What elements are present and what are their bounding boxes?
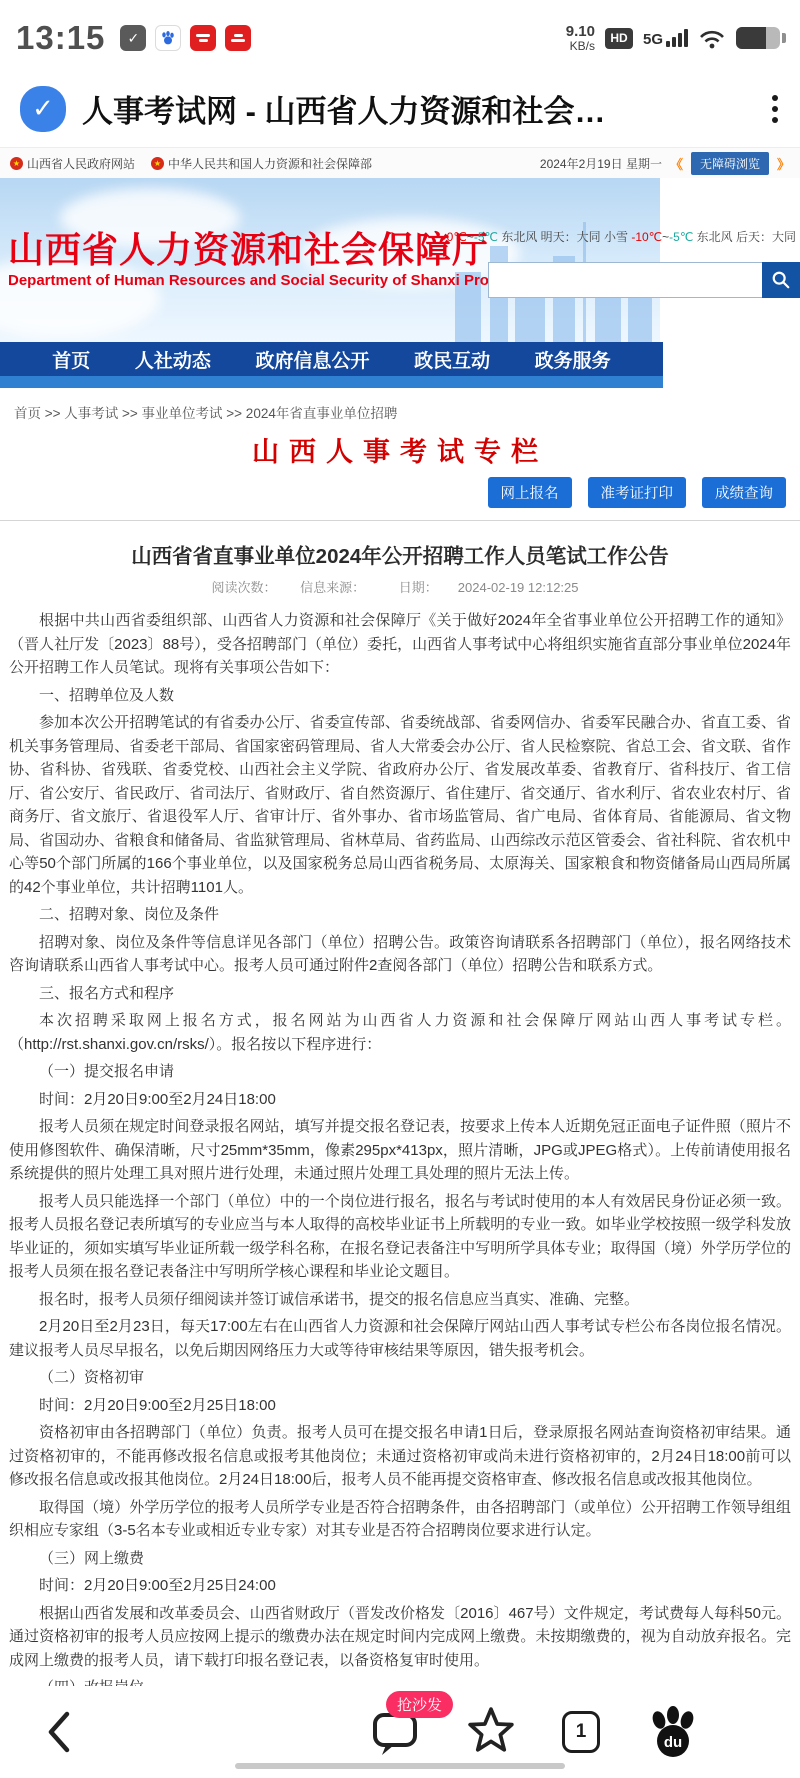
network-speed: 9.10 KB/s: [566, 24, 595, 52]
article-paragraph: 时间：2月20日9:00至2月24日18:00: [9, 1088, 791, 1112]
article-section-heading: 三、报名方式和程序: [9, 982, 791, 1006]
link-mohrss[interactable]: ★ 中华人民共和国人力资源和社会保障部: [151, 155, 372, 172]
baidu-home-button[interactable]: du: [646, 1705, 700, 1759]
weather-text: ~: [467, 230, 474, 244]
article-body: 根据中共山西省委组织部、山西省人力资源和社会保障厅《关于做好2024年全省事业单…: [0, 609, 800, 1700]
article-paragraph: 时间：2月20日9:00至2月25日18:00: [9, 1394, 791, 1418]
svg-text:du: du: [664, 1734, 682, 1751]
link-shanxi-gov[interactable]: ★ 山西省人民政府网站: [10, 155, 135, 172]
score-query-button[interactable]: 成绩查询: [702, 477, 786, 508]
network-speed-value: 9.10: [566, 24, 595, 40]
banner-title-en: Department of Human Resources and Social…: [8, 272, 527, 289]
weather-temp-high: 0℃: [447, 230, 467, 244]
article-title: 山西省省直事业单位2024年公开招聘工作人员笔试工作公告: [12, 539, 788, 569]
bracket-decoration: 《: [670, 154, 683, 173]
source-label: 信息来源：: [300, 580, 365, 595]
article-paragraph: 报考人员只能选择一个部门（单位）中的一个岗位进行报名，报名与考试时使用的本人有效…: [9, 1190, 791, 1284]
announcement-article: 山西省省直事业单位2024年公开招聘工作人员笔试工作公告 阅读次数： 信息来源：…: [0, 539, 800, 1700]
red-app-icon-1: [190, 25, 216, 51]
status-bar-right: 9.10 KB/s HD 5G: [566, 24, 786, 52]
date-label: 日期：2024-02-19 12:12:25: [389, 580, 589, 595]
browser-bottom-toolbar: 抢沙发 1 du: [0, 1686, 800, 1778]
article-section-heading: 一、招聘单位及人数: [9, 684, 791, 708]
current-date: 2024年2月19日 星期一: [540, 155, 662, 172]
date-label-text: 日期：: [399, 580, 438, 595]
wifi-icon: [698, 27, 726, 49]
tabs-button[interactable]: 1: [562, 1711, 600, 1753]
site-banner: 山西省人力资源和社会保障厅 Department of Human Resour…: [0, 178, 800, 342]
network-speed-unit: KB/s: [566, 40, 595, 53]
red-app-icon-2: [225, 25, 251, 51]
article-paragraph: 2月20日至2月23日，每天17:00左右在山西省人力资源和社会保障厅网站山西人…: [9, 1315, 791, 1362]
network-type-label: 5G: [643, 32, 663, 47]
hd-badge: HD: [605, 28, 633, 49]
phone-screen: 13:15 ✓ 9.10 KB/s HD 5G: [0, 0, 800, 1778]
screenshot-app-icon: ✓: [120, 25, 146, 51]
weather-text: 东北风 后天：大同: [693, 230, 796, 244]
publish-date: 2024-02-19 12:12:25: [458, 580, 579, 595]
nav-item-services[interactable]: 政务服务: [535, 346, 611, 373]
breadcrumb[interactable]: 首页 >> 人事考试 >> 事业单位考试 >> 2024年省直事业单位招聘: [0, 402, 800, 422]
article-paragraph: 资格初审由各招聘部门（单位）负责。报考人员可在提交报名申请1日后，登录原报名网站…: [9, 1421, 791, 1492]
article-subsection-heading: （三）网上缴费: [9, 1547, 791, 1571]
nav-item-info-disclosure[interactable]: 政府信息公开: [255, 346, 369, 373]
favorite-button[interactable]: [466, 1705, 516, 1760]
article-subsection-heading: （一）提交报名申请: [9, 1060, 791, 1084]
baidu-app-icon: [155, 25, 181, 51]
status-bar: 13:15 ✓ 9.10 KB/s HD 5G: [0, 0, 800, 70]
column-title: 山西人事考试专栏: [0, 430, 800, 469]
national-emblem-icon: ★: [151, 157, 164, 170]
article-paragraph: 取得国（境）外学历学位的报考人员所学专业是否符合招聘条件，由各招聘部门（或单位）…: [9, 1496, 791, 1543]
article-paragraph: 根据中共山西省委组织部、山西省人力资源和社会保障厅《关于做好2024年全省事业单…: [9, 609, 791, 680]
article-paragraph: 时间：2月20日9:00至2月25日24:00: [9, 1574, 791, 1598]
article-paragraph: 报名时，报考人员须仔细阅读并签订诚信承诺书，提交的报名信息应当真实、准确、完整。: [9, 1288, 791, 1312]
article-paragraph: 根据山西省发展和改革委员会、山西省财政厅（晋发改价格发〔2016〕467号）文件…: [9, 1602, 791, 1673]
nav-item-home[interactable]: 首页: [52, 346, 90, 373]
article-paragraph: 本次招聘采取网上报名方式，报名网站为山西省人力资源和社会保障厅网站山西人事考试专…: [9, 1009, 791, 1056]
section-divider: [0, 520, 800, 521]
site-verified-icon: ✓: [20, 86, 66, 132]
clock-time: 13:15: [16, 19, 105, 57]
nav-item-interaction[interactable]: 政民互动: [414, 346, 490, 373]
bracket-decoration: 》: [777, 154, 790, 173]
weather-temp-low: -5℃: [669, 230, 693, 244]
browser-title-bar: ✓ 人事考试网 - 山西省人力资源和社会…: [0, 70, 800, 148]
weather-info: 0℃~-5℃ 东北风 明天：大同 小雪 -10℃~-5℃ 东北风 后天：大同: [447, 228, 796, 245]
quick-buttons: 网上报名 准考证打印 成绩查询: [0, 477, 800, 508]
search-button[interactable]: [762, 262, 800, 298]
battery-icon: [736, 27, 786, 49]
links-bar-right: 2024年2月19日 星期一 《 无障碍浏览 》: [540, 152, 790, 175]
paw-icon: [160, 30, 176, 46]
weather-text: 东北风 明天：大同 小雪: [498, 230, 631, 244]
article-paragraph: 报考人员须在规定时间登录报名网站，填写并提交报名登记表，按要求上传本人近期免冠正…: [9, 1115, 791, 1186]
article-paragraph: 参加本次公开招聘笔试的有省委办公厅、省委宣传部、省委统战部、省委网信办、省委军民…: [9, 711, 791, 899]
home-indicator[interactable]: [235, 1763, 565, 1769]
article-meta: 阅读次数： 信息来源： 日期：2024-02-19 12:12:25: [0, 577, 800, 596]
article-paragraph: 招聘对象、岗位及条件等信息详见各部门（单位）招聘公告。政策咨询请联系各招聘部门（…: [9, 931, 791, 978]
nav-item-dynamics[interactable]: 人社动态: [135, 346, 211, 373]
chevron-left-icon: [42, 1708, 76, 1756]
search-icon: [771, 270, 791, 290]
online-register-button[interactable]: 网上报名: [488, 477, 572, 508]
search-input[interactable]: [488, 262, 762, 298]
back-button[interactable]: [42, 1708, 76, 1756]
views-label: 阅读次数：: [211, 580, 276, 595]
status-bar-left: 13:15 ✓: [16, 19, 251, 57]
comment-badge[interactable]: 抢沙发: [386, 1691, 453, 1718]
main-nav: 首页 人社动态 政府信息公开 政民互动 政务服务: [0, 342, 663, 376]
site-search: [488, 262, 800, 298]
link-mohrss-label: 中华人民共和国人力资源和社会保障部: [168, 155, 372, 172]
nav-accent-strip: [0, 376, 663, 388]
article-section-heading: 二、招聘对象、岗位及条件: [9, 903, 791, 927]
link-shanxi-gov-label: 山西省人民政府网站: [27, 155, 135, 172]
banner-title-cn: 山西省人力资源和社会保障厅: [8, 222, 489, 273]
article-subsection-heading: （二）资格初审: [9, 1366, 791, 1390]
signal-bars-icon: [666, 29, 688, 47]
baidu-paw-icon: du: [646, 1705, 700, 1759]
toolbar-actions: 抢沙发 1 du: [370, 1705, 700, 1760]
national-emblem-icon: ★: [10, 157, 23, 170]
admission-ticket-print-button[interactable]: 准考证打印: [588, 477, 687, 508]
star-icon: [466, 1705, 516, 1755]
weather-temp-low: -5℃: [474, 230, 498, 244]
weather-temp-high: -10℃: [631, 230, 662, 244]
cellular-signal: 5G: [643, 29, 688, 47]
comments-button[interactable]: 抢沙发: [370, 1707, 420, 1757]
browser-menu-icon[interactable]: [768, 91, 782, 127]
page-title: 人事考试网 - 山西省人力资源和社会…: [82, 86, 754, 131]
gov-links-bar: ★ 山西省人民政府网站 ★ 中华人民共和国人力资源和社会保障部 2024年2月1…: [0, 148, 800, 178]
accessibility-button[interactable]: 无障碍浏览: [691, 152, 769, 175]
